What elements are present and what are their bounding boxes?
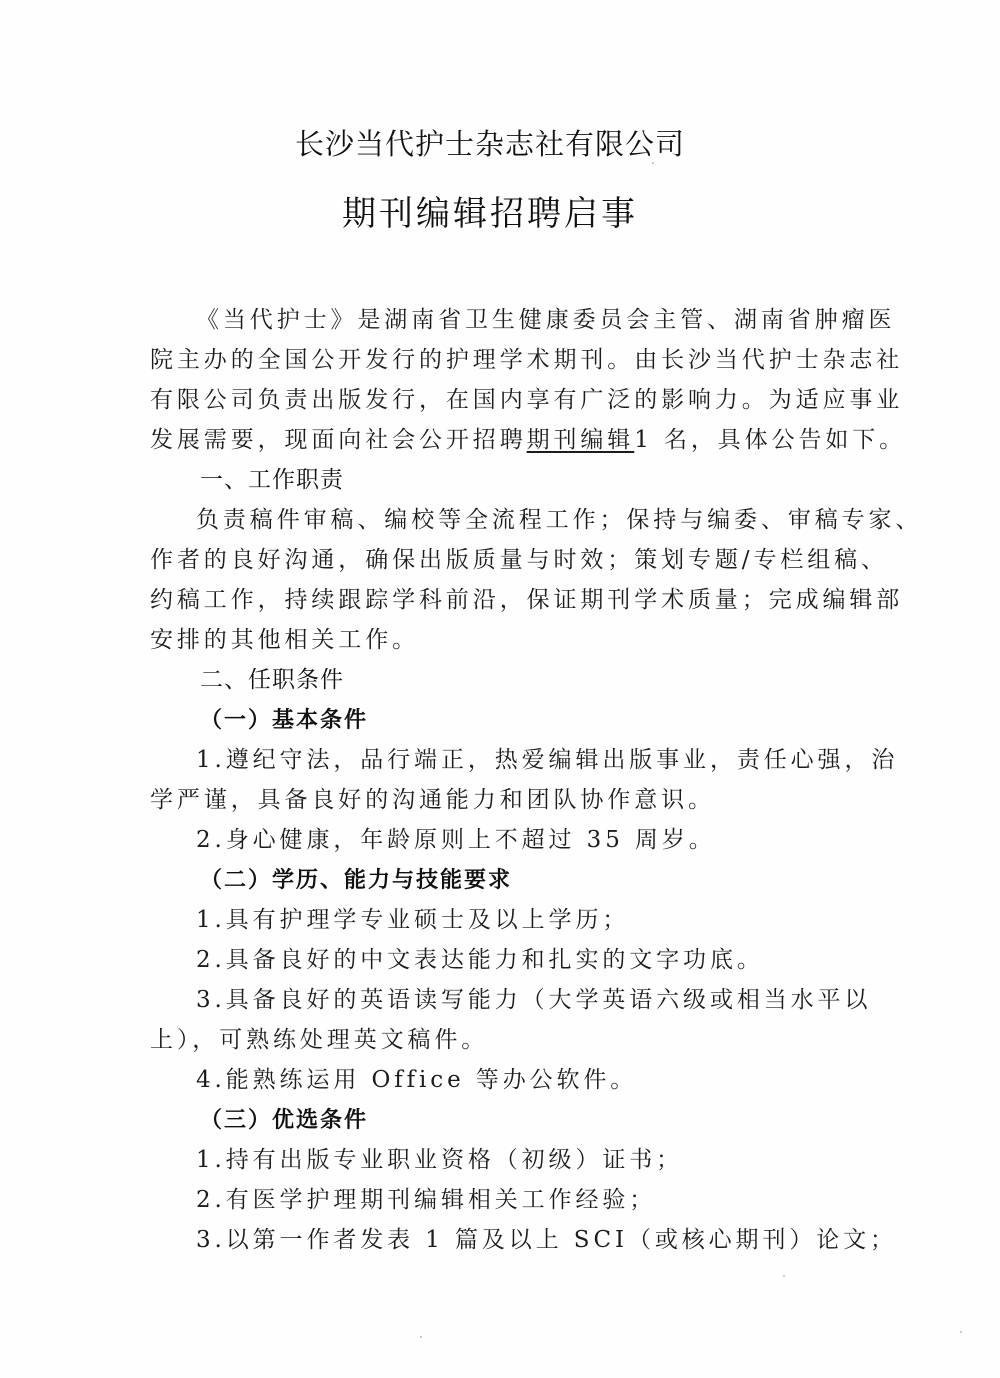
text-line: 1.具有护理学专业硕士及以上学历； (150, 900, 830, 940)
text-line: 1.持有出版专业职业资格（初级）证书； (150, 1140, 830, 1180)
text-line: 作者的良好沟通，确保出版质量与时效；策划专题/专栏组稿、 (150, 540, 830, 580)
text-line: 3.具备良好的英语读写能力（大学英语六级或相当水平以 (150, 980, 830, 1020)
text-span: 1 名，具体公告如下。 (634, 427, 906, 453)
scan-speck (420, 1336, 422, 1338)
text-line: 约稿工作，持续跟踪学科前沿，保证期刊学术质量；完成编辑部 (150, 580, 830, 620)
text-line: 1.遵纪守法，品行端正，热爱编辑出版事业，责任心强，治 (150, 740, 830, 780)
text-line: 2.具备良好的中文表达能力和扎实的文字功底。 (150, 940, 830, 980)
text-span: 发展需要，现面向社会公开招聘 (150, 427, 527, 453)
text-line: 发展需要，现面向社会公开招聘期刊编辑1 名，具体公告如下。 (150, 420, 830, 460)
scanned-page: 长沙当代护士杂志社有限公司 期刊编辑招聘启事 《当代护士》是湖南省卫生健康委员会… (0, 0, 1000, 1378)
text-line: 上），可熟练处理英文稿件。 (150, 1020, 830, 1060)
text-line: 4.能熟练运用 Office 等办公软件。 (150, 1060, 830, 1100)
section-heading: 一、工作职责 (150, 460, 830, 500)
subsection-basic-conditions: （一）基本条件 1.遵纪守法，品行端正，热爱编辑出版事业，责任心强，治 学严谨，… (150, 700, 830, 860)
scan-speck (960, 1331, 962, 1333)
text-line: 安排的其他相关工作。 (150, 620, 830, 660)
text-line: 学严谨，具备良好的沟通能力和团队协作意识。 (150, 780, 830, 820)
section-requirements: 二、任职条件 （一）基本条件 1.遵纪守法，品行端正，热爱编辑出版事业，责任心强… (150, 660, 830, 1260)
text-line: 院主办的全国公开发行的护理学术期刊。由长沙当代护士杂志社 (150, 340, 830, 380)
underlined-position-name: 期刊编辑 (527, 427, 635, 453)
subsection-heading: （二）学历、能力与技能要求 (150, 860, 830, 900)
section-job-duties: 一、工作职责 负责稿件审稿、编校等全流程工作；保持与编委、审稿专家、 作者的良好… (150, 460, 830, 660)
document-body: 《当代护士》是湖南省卫生健康委员会主管、湖南省肿瘤医 院主办的全国公开发行的护理… (150, 300, 830, 1260)
text-line: 2.有医学护理期刊编辑相关工作经验； (150, 1180, 830, 1220)
subsection-heading: （三）优选条件 (150, 1100, 830, 1140)
text-line: 有限公司负责出版发行，在国内享有广泛的影响力。为适应事业 (150, 380, 830, 420)
subsection-heading: （一）基本条件 (150, 700, 830, 740)
subsection-education-skills: （二）学历、能力与技能要求 1.具有护理学专业硕士及以上学历； 2.具备良好的中… (150, 860, 830, 1100)
text-line: 负责稿件审稿、编校等全流程工作；保持与编委、审稿专家、 (150, 500, 830, 540)
document-title: 期刊编辑招聘启事 (0, 186, 980, 235)
text-line: 2.身心健康，年龄原则上不超过 35 周岁。 (150, 820, 830, 860)
scan-speck (783, 1275, 785, 1277)
text-line: 《当代护士》是湖南省卫生健康委员会主管、湖南省肿瘤医 (150, 300, 830, 340)
scan-speck (652, 162, 654, 164)
company-name: 长沙当代护士杂志社有限公司 (0, 122, 980, 163)
section-heading: 二、任职条件 (150, 660, 830, 700)
intro-paragraph: 《当代护士》是湖南省卫生健康委员会主管、湖南省肿瘤医 院主办的全国公开发行的护理… (150, 300, 830, 460)
subsection-preferred-conditions: （三）优选条件 1.持有出版专业职业资格（初级）证书； 2.有医学护理期刊编辑相… (150, 1100, 830, 1260)
text-line: 3.以第一作者发表 1 篇及以上 SCI（或核心期刊）论文； (150, 1220, 830, 1260)
